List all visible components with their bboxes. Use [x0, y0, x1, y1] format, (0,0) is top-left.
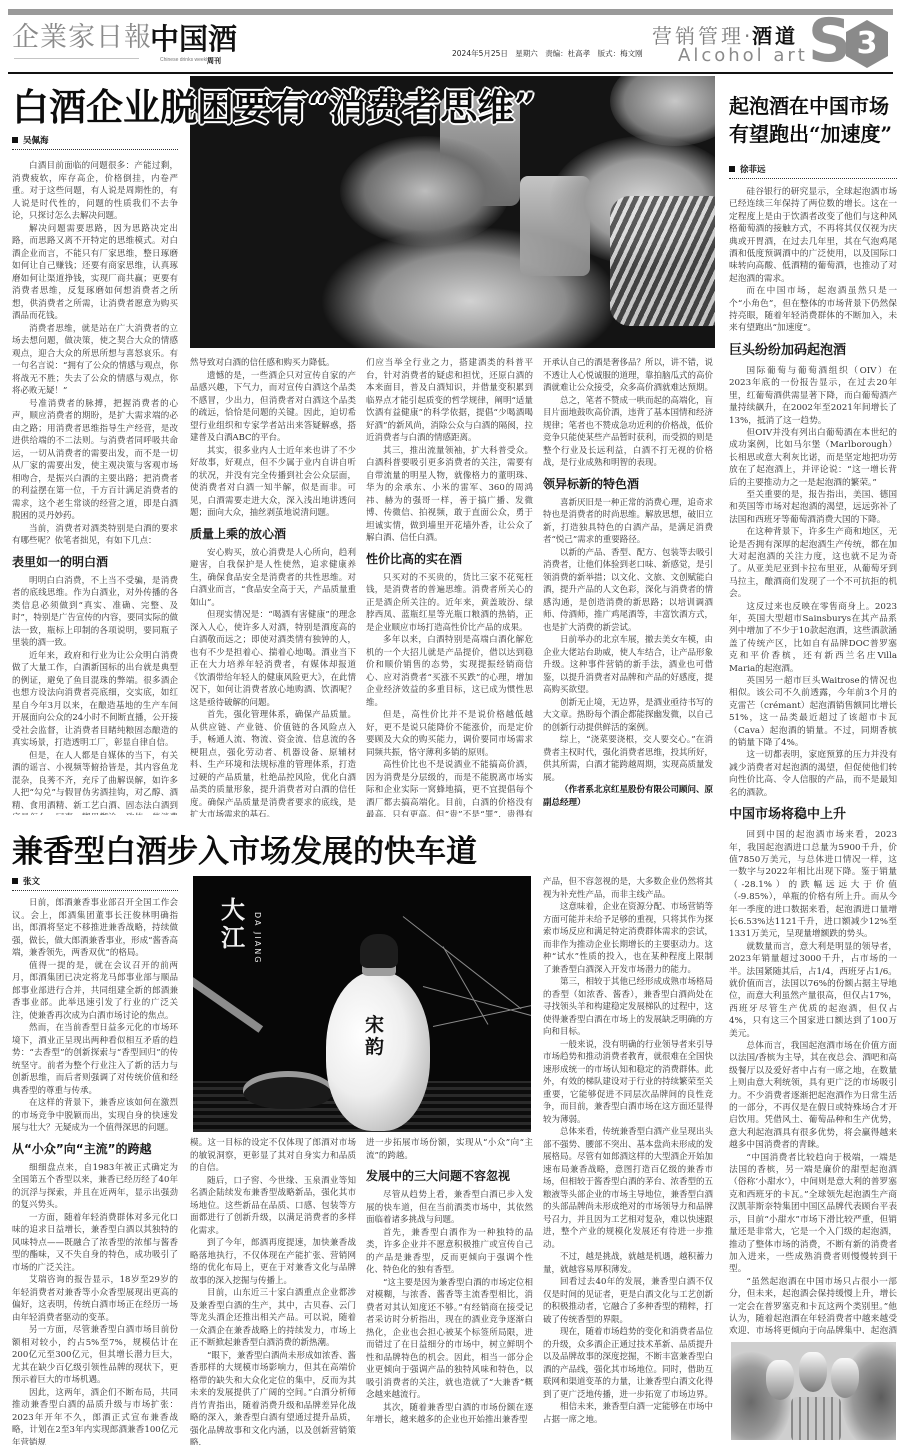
paragraph: 喜新厌旧是一种正常的消费心理，追奇求特也是消费者的时尚思维。解放思想，破旧立新，… — [543, 497, 713, 547]
paragraph: 遗憾的是，一些酒企只对宣传自家的产品感兴趣，下气力，而对宣传白酒这个品类不感冒，… — [190, 370, 356, 445]
photo-highlight — [610, 76, 715, 146]
paragraph: 明明白白消费，不上当不受骗，是消费者的底线思维。作为白酒业，对外传播的各类信息必… — [12, 575, 178, 650]
side-article-byline: 徐菲远 — [729, 164, 897, 179]
paragraph: 综上，“浇菜要浇根，交人要交心。”在消费者主权时代，强化消费者思维，投其所好，供… — [543, 734, 713, 784]
newspaper-page: 企業家日報 中国酒 Chinese drinks weekly 周刊 2024年… — [0, 0, 907, 1446]
author-name: 徐菲远 — [740, 165, 766, 175]
dateline: 2024年5月25日 星期六 责编：杜高孝 版式：梅文刚 — [452, 49, 648, 59]
photo-bowl — [243, 1071, 333, 1109]
paragraph: 一方面，随着年轻消费群体对多元化口味的追求日益增长，兼香型白酒以其独特的风味特点… — [12, 1212, 178, 1275]
paragraph: 以新的产品、香型、配方、包装等去吸引消费者，让他们体验到老口味、新感觉，是引领消… — [543, 547, 713, 635]
paragraph: 现在，随着市场趋势的变化和消费者品位的升级，众多酒企正通过技术革新、品质提升以及… — [543, 1326, 713, 1401]
paragraph: 只买对的不买贵的，货比三家不花冤枉钱，是消费者的普遍思维。消费者所关心的正是酒企… — [366, 572, 533, 635]
section-title-english: Alcohol art — [678, 46, 808, 66]
paragraph: 回看过去40年的发展，兼香型白酒不仅仅是时间的见证者，更是白酒文化与工艺创新的积… — [543, 1276, 713, 1326]
paragraph: 这一切都表明，家庭预算的压力并没有减少消费者对起泡酒的渴望，但促使他们转向性价比… — [729, 749, 897, 799]
paragraph-continued: 们应当举全行业之力，搭建酒类的科普平台，针对消费者的疑虑和担忧，还原白酒的本来面… — [366, 357, 533, 445]
paragraph-continued: 开承认自己的酒是奢侈品？所以，讲不错，说不透让人心悦诚服的道理，靠拍脑瓜式的高价… — [543, 357, 713, 395]
subheading: 质量上乘的放心酒 — [190, 527, 356, 542]
paragraph: 白酒目前面临的问题很多：产能过剩，消费疲软，库存高企，价格倒挂，内卷严重。对于这… — [12, 160, 178, 223]
page-number-hexagon-icon: 3 — [846, 20, 888, 68]
paragraph: 细细盘点来，自1983年被正式确定为全国第五个香型以来，兼香已经历经了40年的沉… — [12, 1162, 178, 1212]
article1-column-1: 白酒目前面临的问题很多：产能过剩，消费疲软，库存高企，价格倒挂，内卷严重。对于这… — [12, 160, 178, 815]
paragraph: 就数量而言，意大利是明显的领导者，2023年销量超过3000千升，占市场的一半。… — [729, 941, 897, 1040]
author-name: 吴佩海 — [23, 136, 49, 146]
paragraph: 国际葡萄与葡萄酒组织（OIV）在2023年底的一份报告显示，在过去20年里，红葡… — [729, 365, 897, 427]
headline-line-1: 起泡酒在中国市场 — [729, 92, 899, 120]
paragraph: 到了今年，郎酒再度提速，加快兼香战略落地执行，不仅体现在产能扩张、营销网络的优化… — [190, 1237, 356, 1287]
paragraph: 这反过来也反映在零售商身上。2023年，英国大型超市Sainsburys在其产品… — [729, 601, 897, 675]
paragraph: 总体来看，传统兼香型白酒产业呈现出头部不强势、腰部不突出、基本盘尚未形成的发展格… — [543, 1126, 713, 1251]
top-gray-bar — [8, 9, 893, 15]
paragraph: 在这种背景下，许多生产商和地区，无论是否拥有深厚的起泡酒生产传统，都在加大对起泡… — [729, 526, 897, 600]
brand-name-english: DA JIANG — [253, 912, 262, 964]
photo-branch — [423, 986, 531, 1018]
paper-weekly-label: 周刊 — [207, 57, 221, 65]
paragraph: 消费者思维，就是站在广大消费者的立场去想问题，做决策，使之契合大众的情感观点，迎… — [12, 323, 178, 398]
subheading: 从“小众”向“主流”的跨越 — [12, 1142, 178, 1157]
paragraph: 英国另一超市巨头Waitrose的情况也相似。该公司不久前透露，今年前3个月的克… — [729, 675, 897, 749]
paragraph: 日前，郎酒兼香事业部召开全国工作会议。会上，郎酒集团董事长汪俊林明确指出，郎酒将… — [12, 897, 178, 960]
side-article-column: 硅谷银行的研究显示，全球起泡酒市场已经连续三年保持了两位数的增长。这在一定程度上… — [729, 186, 897, 1334]
page-number: 3 — [857, 26, 878, 61]
photo-branch — [403, 916, 522, 1009]
paragraph-continued: 然导致对白酒的信任感和购买力降低。 — [190, 357, 356, 370]
photo-highlight — [791, 1397, 841, 1440]
paragraph: 这意味着，企业在资源分配、市场营销等方面可能并未给予足够的重视，只将其作为探索市… — [543, 901, 713, 976]
paragraph: 一般来说，没有明确的行业领导者来引导市场趋势和推动消费者教育，就很难在全国快速形… — [543, 1039, 713, 1127]
photo-bottle-cap — [360, 934, 398, 968]
paragraph: 安心购买，放心消费是人心所向，趋利避害，自我保护是人性使然，追求健康养生，确保食… — [190, 547, 356, 610]
article1-headline: 白酒企业脱困要有“消费者思维” — [12, 84, 536, 130]
article1-column-2: 然导致对白酒的信任感和购买力降低。 遗憾的是，一些酒企只对宣传自家的产品感兴趣，… — [190, 357, 356, 817]
paragraph: 高性价比也不是说酒业不能搞高价酒，因为消费是分层级的，而是不能脱离市场实际和企业… — [366, 759, 533, 817]
paragraph: 随后，口子窖、今世缘、玉泉酒业等知名酒企陆续发布兼香型战略新品，强化其市场地位。… — [190, 1175, 356, 1238]
paragraph: 其三，推出流量领袖，扩大科普受众。白酒科普要吸引更多消费者的关注，需要有自带流量… — [366, 445, 533, 545]
author-note: （作者系北京红星股份有限公司顾问、原副总经理） — [543, 784, 713, 809]
paragraph: “眼下，兼香型白酒尚未形成如浓香、酱香那样的大规模市场影响力，但其在高端价格带的… — [190, 1350, 356, 1446]
paragraph: 然而，在当前香型日益多元化的市场环境下，酒业正呈现出两种看似相互矛盾的趋势：“去… — [12, 1022, 178, 1097]
article2-column-4: 产品，但不容忽视的是，大多数企业仍然将其视为补充性产品，而非主线产品。 这意味着… — [543, 876, 713, 1445]
paragraph: 当前，消费者对酒类特别是白酒的要求有哪些呢？依笔者拙见，有如下几点： — [12, 523, 178, 548]
liquor-bottle-photo: 宋韵 大江 DA JIANG — [193, 876, 531, 1132]
issue-date: 2024年5月25日 — [452, 49, 508, 58]
paragraph: 而在中国市场，起泡酒虽然只是一个“小角色”，但在整体的市场背景下仍然保持亮眼，随… — [729, 285, 897, 335]
article2-column-3: 进一步拓展市场份额，实现从“小众”向“主流”的跨越。 发展中的三大问题不容忽视 … — [366, 1137, 533, 1445]
subheading: 巨头纷纷加码起泡酒 — [729, 343, 897, 359]
paragraph: 不过，越是挑战，就越是机遇，越积蓄力量，就越容易厚积薄发。 — [543, 1251, 713, 1276]
paragraph: 但OIV并没有列出白葡萄酒在本世纪的成功案例，比如马尔堡（Marlborough… — [729, 427, 897, 489]
brand-name-chinese: 大江 — [221, 896, 247, 952]
editor-credit: 责编：杜高孝 — [545, 49, 590, 58]
sparkling-wine-toast-photo — [731, 1342, 896, 1440]
headline-line-2: 有望跑出“加速度” — [729, 120, 899, 148]
bottle-label-text: 宋韵 — [365, 1014, 385, 1058]
paragraph: 相信未来，兼香型白酒一定能够在市场中占据一席之地。 — [543, 1401, 713, 1426]
paragraph: 因此，这两年，酒企们不断布局，共同推动兼香型白酒的品质升级与市场扩张：2023年… — [12, 1387, 178, 1446]
paragraph: 在这样的背景下，兼香应该如何在激烈的市场竞争中脱颖而出，实现自身的快速发展与壮大… — [12, 1097, 178, 1135]
paragraph: 但现实情况是：“喝酒有害健康”的理念深入人心，使许多人对酒，特别是酒度高的白酒敬… — [190, 609, 356, 709]
paragraph: 艾瑞咨询的报告显示，18岁至29岁的年轻消费者对兼香等小众香型展现出更高的偏好，… — [12, 1274, 178, 1324]
article1-byline: 吴佩海 — [12, 135, 178, 150]
paragraph: 尽管从趋势上看，兼香型白酒已步入发展的快车道，但在当前酒类市场中，其依然面临着诸… — [366, 1189, 533, 1227]
issue-weekday: 星期六 — [515, 49, 538, 58]
page-letter: S — [808, 8, 851, 74]
photo-highlight — [799, 1352, 827, 1392]
paragraph: 多年以来，白酒特别是高端白酒化解危机的一个大招儿就是产品提价，借以达到稳价和顺价… — [366, 634, 533, 709]
paragraph: 其次，随着兼香型白酒的市场份额在逐年增长，越来越多的企业也开始推出兼香型 — [366, 1402, 533, 1427]
paragraph-continued: 进一步拓展市场份额，实现从“小众”向“主流”的跨越。 — [366, 1137, 533, 1162]
paragraph: 硅谷银行的研究显示，全球起泡酒市场已经连续三年保持了两位数的增长。这在一定程度上… — [729, 186, 897, 285]
subheading: 领异标新的特色酒 — [543, 477, 713, 492]
author-name: 张文 — [23, 877, 40, 887]
paragraph-continued: 产品，但不容忽视的是，大多数企业仍然将其视为补充性产品，而非主线产品。 — [543, 876, 713, 901]
paragraph: “虽然起泡酒在中国市场只占很小一部分，但未来，起泡酒会保持缓慢上升，增长一定会在… — [729, 1276, 897, 1334]
square-bullet-icon — [12, 137, 18, 143]
paper-name: 中国酒 — [150, 22, 237, 56]
paragraph: 创新无止境，无边界，是酒业亟待书写的大文章。热盼每个酒企都能探幽发微，以自己的创… — [543, 697, 713, 735]
side-article-headline: 起泡酒在中国市场 有望跑出“加速度” — [729, 92, 899, 148]
square-bullet-icon — [729, 166, 735, 172]
square-bullet-icon — [12, 878, 18, 884]
paragraph-continued: 模。这一目标的设定不仅体现了郎酒对市场的敏锐洞察，更彰显了其对自身实力和品质的自… — [190, 1137, 356, 1175]
paragraph: 总体而言，我国起泡酒市场在价值方面以法国/香槟为主导，其在夜总会、酒吧和高级餐厅… — [729, 1040, 897, 1152]
paragraph: 号准消费者的脉搏，把握消费者的心声，顺应消费者的期盼，是扩大需求端的必由之路；用… — [12, 398, 178, 523]
photo-highlight — [766, 1360, 794, 1400]
subheading: 性价比高的实在酒 — [366, 552, 533, 567]
paragraph: 解决问题需要思路，因为思路决定出路，而思路又离不开特定的思维模式。对白酒企业而言… — [12, 223, 178, 323]
article1-column-4: 开承认自己的酒是奢侈品？所以，讲不错，说不透让人心悦诚服的道理，靠拍脑瓜式的高价… — [543, 357, 713, 817]
article2-headline: 兼香型白酒步入市场发展的快车道 — [12, 832, 477, 872]
paragraph: 日前举办的北京车展，撤去美女车模，由企业大佬站台助威，使人车结合，让产品形象升级… — [543, 634, 713, 697]
newspaper-logo: 企業家日報 — [12, 22, 152, 54]
article2-column-2: 模。这一目标的设定不仅体现了郎酒对市场的敏锐洞察，更彰显了其对自身实力和品质的自… — [190, 1137, 356, 1445]
photo-highlight — [831, 1358, 859, 1398]
layout-credit: 版式：梅文刚 — [598, 49, 643, 58]
paragraph: 但是，在人人都是自媒体的当下，有关酒的谣言、小视频等俯拾皆是，其内容鱼龙混杂，良… — [12, 750, 178, 816]
paragraph: 首先，兼香型白酒作为一种独特的品类，许多企业并不愿意积极推广或宣传自己的产品是兼… — [366, 1227, 533, 1277]
paragraph: 回到中国的起泡酒市场来看，2023年，我国起泡酒进口总量为5900千升，价值78… — [729, 829, 897, 941]
article2-column-1: 日前，郎酒兼香事业部召开全国工作会议。会上，郎酒集团董事长汪俊林明确指出，郎酒将… — [12, 897, 178, 1445]
paragraph: “这主要是因为兼香型白酒的市场定位相对模糊，与浓香、酱香等主流香型相比，消费者对… — [366, 1277, 533, 1402]
subheading: 发展中的三大问题不容忽视 — [366, 1169, 533, 1184]
article2-byline: 张文 — [12, 876, 178, 891]
paragraph: 至关重要的是，报告指出，美国、德国和英国等市场对起泡酒的渴望，远远弥补了法国和西… — [729, 489, 897, 526]
paragraph: 其实，很多业内人士近年来也讲了不少好故事，好观点，但不少属于业内自讲自听的状况，… — [190, 445, 356, 520]
subheading: 表里如一的明白酒 — [12, 555, 178, 570]
subheading: 中国市场将稳中上升 — [729, 807, 897, 823]
paper-english-name: Chinese drinks weekly — [160, 56, 210, 64]
paragraph: “中国消费者比较趋向于极端，一端是法国的香槟，另一端是廉价的甜型起泡酒（俗称‘小… — [729, 1152, 897, 1276]
paragraph: 第三，相较于其他已经形成成熟市场格局的香型（如浓香、酱香），兼香型白酒尚处在寻找… — [543, 976, 713, 1039]
photo-highlight — [610, 196, 715, 326]
paragraph: 值得一提的是，就在会议召开的前两月，郎酒集团已决定将龙马郎事业部与顺品郎事业部进… — [12, 960, 178, 1023]
logo-underline — [14, 58, 139, 59]
paragraph: 首先，强化管理体系，确保产品质量。从供应链、产业链、价值链的各风险点入手，畅通人… — [190, 709, 356, 817]
article1-column-3: 们应当举全行业之力，搭建酒类的科普平台，针对消费者的疑虑和担忧，还原白酒的本来面… — [366, 357, 533, 817]
paragraph: 目前，山东近三十家白酒重点企业都涉及兼香型白酒的生产，其中，古贝春、云门等龙头酒… — [190, 1287, 356, 1350]
header-rule — [8, 72, 893, 74]
paragraph: 总之，笔者不赞成一哄而起的高端化，盲目片面地鼓吹高价酒，违背了基本国情和经济规律… — [543, 395, 713, 470]
paragraph: 但是，高性价比并不是说价格越低越好，更不是说只能降价不能涨价，而是定价要顾及大众… — [366, 709, 533, 759]
photo-branch — [443, 946, 489, 1024]
paragraph: 另一方面，尽管兼香型白酒市场目前份额相对较小，约占5%至7%，规模估计在200亿… — [12, 1324, 178, 1387]
photo-bamboo-ladle — [193, 972, 263, 1033]
paragraph: 近年来，政府和行业为让公众明白消费做了大量工作，白酒新国标的出台就是典型的例证，… — [12, 650, 178, 750]
